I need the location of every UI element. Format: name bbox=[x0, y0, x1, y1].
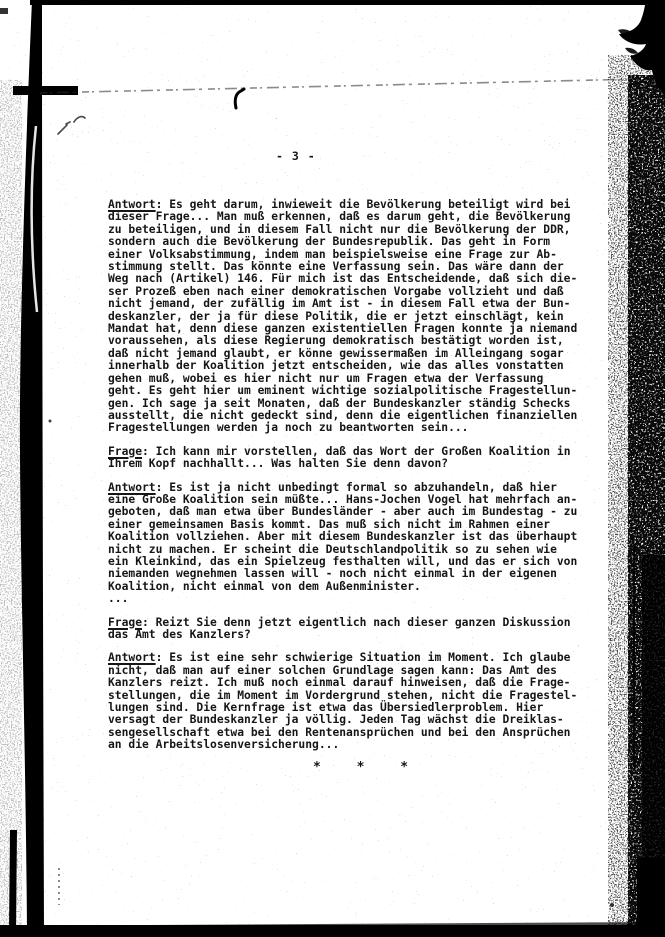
speaker-label: Antwort bbox=[108, 481, 156, 494]
speaker-label: Antwort bbox=[108, 651, 156, 664]
text-line: niemanden wegnehmen lassen will - noch n… bbox=[108, 568, 594, 580]
answer-paragraph: Antwort: Es ist eine sehr schwierige Sit… bbox=[108, 652, 594, 751]
text-line: Antwort: Es ist eine sehr schwierige Sit… bbox=[108, 652, 594, 664]
text-line: innerhalb der Koalition jetzt entscheide… bbox=[108, 360, 594, 372]
left-binding-bar bbox=[20, 0, 44, 932]
curl-mark bbox=[235, 89, 244, 108]
answer-paragraph: Antwort: Es geht darum, inwieweit die Be… bbox=[108, 199, 594, 435]
right-noise-outer bbox=[608, 55, 665, 935]
text-line: sondern auch die Bevölkerung der Bundesr… bbox=[108, 236, 594, 248]
text-line: voraussehen, als diese Regierung demokra… bbox=[108, 335, 594, 347]
question-paragraph: Frage: Reizt Sie denn jetzt eigentlich n… bbox=[108, 617, 594, 642]
fold-line bbox=[40, 79, 640, 93]
text-line: Koalition vollziehen. Aber mit diesem Bu… bbox=[108, 531, 594, 543]
section-separator: * * * bbox=[313, 760, 409, 775]
bottom-edge-bar bbox=[0, 925, 665, 937]
text-line: Koalition, nicht einmal von dem Außenmin… bbox=[108, 581, 594, 593]
text-line: Fragestellungen werden ja noch zu beantw… bbox=[108, 422, 594, 434]
text-line: versagt der Bundeskanzler ja völlig. Jed… bbox=[108, 714, 594, 726]
text-line: an die Arbeitslosenversicherung... bbox=[108, 739, 594, 751]
right-noise-band bbox=[628, 75, 665, 935]
text-line: nicht jemand, der zufällig im Amt ist - … bbox=[108, 298, 594, 310]
text-line: Weg nach (Artikel) 146. Für mich ist das… bbox=[108, 273, 594, 285]
text-block: Antwort: Es geht darum, inwieweit die Be… bbox=[108, 199, 594, 763]
page-number: - 3 - bbox=[276, 149, 316, 163]
top-right-blob bbox=[619, 0, 665, 95]
scratch-marks bbox=[58, 117, 85, 134]
text-line: Kanzlers reizt. Ich muß noch einmal dara… bbox=[108, 677, 594, 689]
text-line: ... bbox=[108, 593, 594, 605]
text-line: das Amt des Kanzlers? bbox=[108, 629, 594, 641]
bottom-left-bar bbox=[9, 830, 17, 932]
text-line: geboten, daß man etwa über Bundesländer … bbox=[108, 506, 594, 518]
text-line: dieser Frage... Man muß erkennen, daß es… bbox=[108, 211, 594, 223]
top-edge-line bbox=[30, 0, 648, 5]
scanned-document-page: - 3 - Antwort: Es geht darum, inwieweit … bbox=[0, 0, 665, 937]
question-paragraph: Frage: Ich kann mir vorstellen, daß das … bbox=[108, 446, 594, 471]
speaker-label: Frage bbox=[108, 445, 142, 458]
answer-paragraph: Antwort: Es ist ja nicht unbedingt forma… bbox=[108, 482, 594, 606]
speaker-label: Antwort bbox=[108, 198, 156, 211]
speaker-label: Frage bbox=[108, 616, 142, 629]
text-line: Ihrem Kopf nachhallt... Was halten Sie d… bbox=[108, 458, 594, 470]
text-line: geht. Es geht hier um eminent wichtige s… bbox=[108, 385, 594, 397]
